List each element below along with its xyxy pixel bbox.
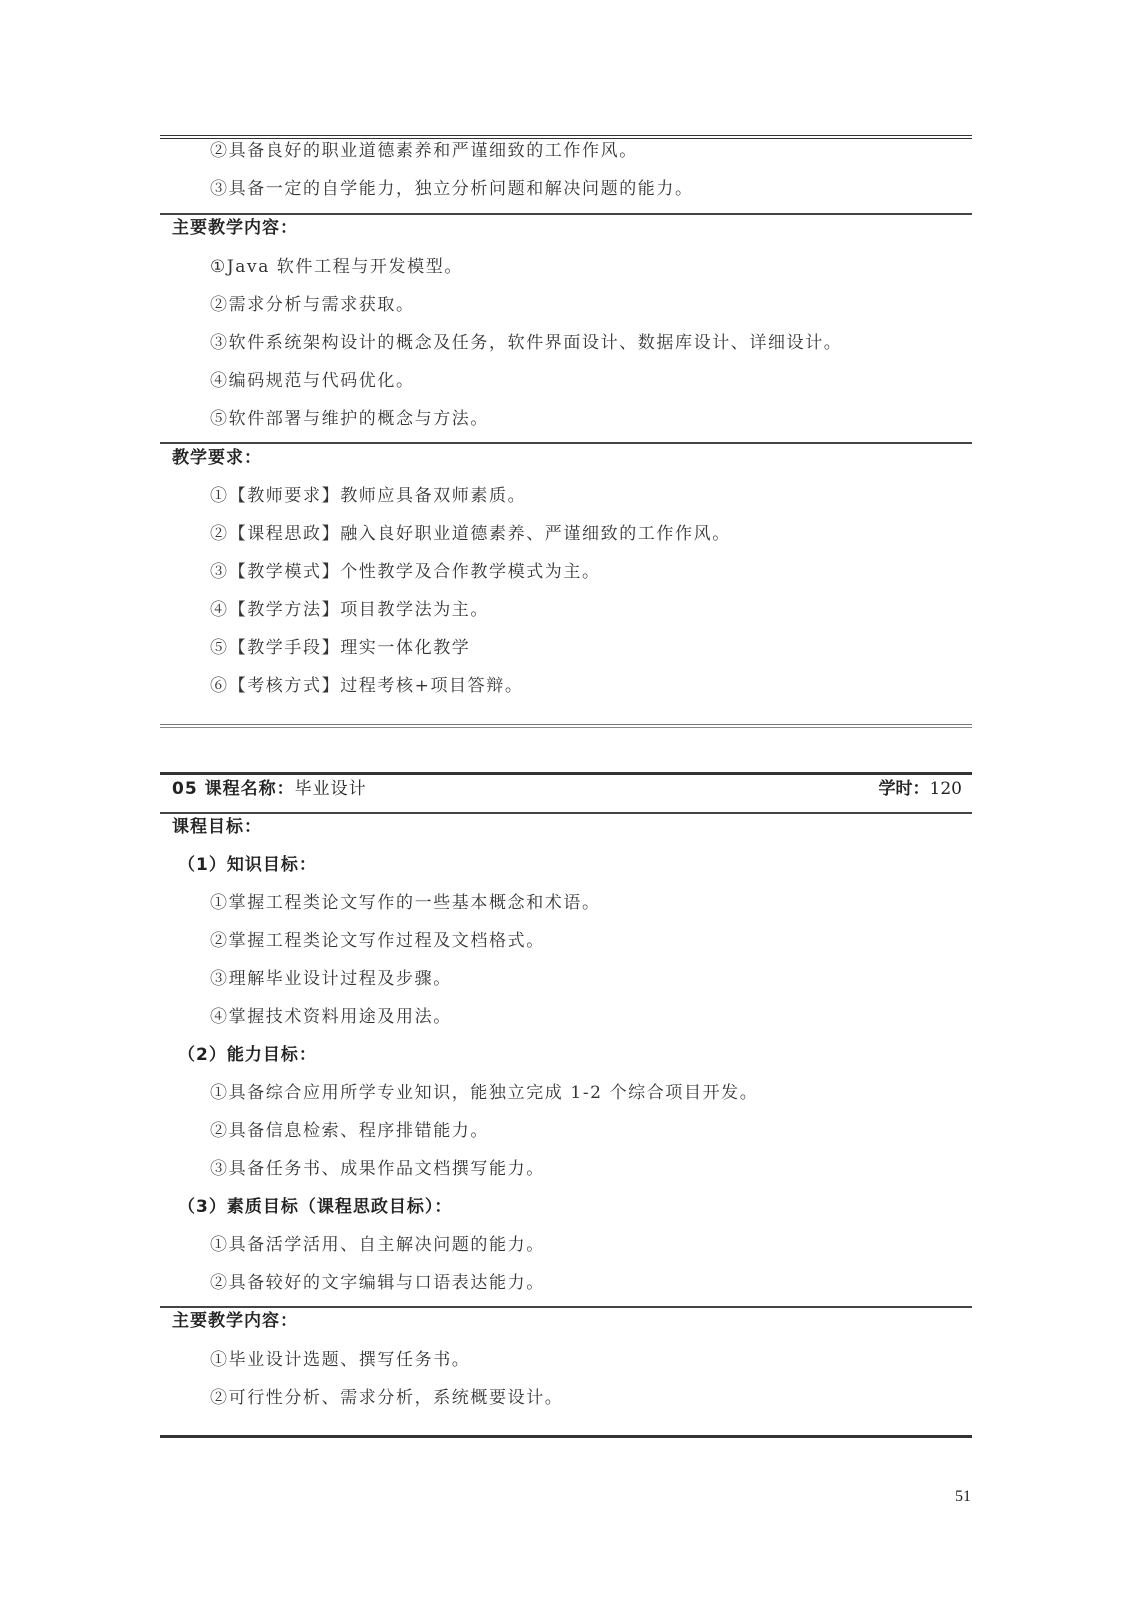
content-item: ⑤软件部署与维护的概念与方法。 [210,408,489,430]
knowledge-item: ①掌握工程类论文写作的一些基本概念和术语。 [210,892,601,914]
hours-value: 120 [930,779,962,799]
requirement-item: ⑥【考核方式】过程考核+项目答辩。 [210,675,523,697]
quality-heading: （3）素质目标（课程思政目标）： [178,1196,452,1218]
quality-item: ②具备较好的文字编辑与口语表达能力。 [210,1272,545,1294]
content-item: ①毕业设计选题、撰写任务书。 [210,1349,470,1371]
ability-heading: （2）能力目标： [178,1044,317,1066]
section-rule [160,812,972,814]
knowledge-item: ④掌握技术资料用途及用法。 [210,1006,452,1028]
table-bottom-thick-rule [160,1435,972,1438]
table-bottom-rule [160,724,972,728]
requirement-item: ②【课程思政】融入良好职业道德素养、严谨细致的工作作风。 [210,523,731,545]
ability-item: ③具备任务书、成果作品文档撰写能力。 [210,1158,545,1180]
knowledge-heading: （1）知识目标： [178,854,317,876]
course-name-label: 课程名称： [205,779,295,799]
page-number: 51 [955,1488,971,1506]
knowledge-item: ②掌握工程类论文写作过程及文档格式。 [210,930,545,952]
content-item: ②可行性分析、需求分析，系统概要设计。 [210,1387,563,1409]
content-item: ③软件系统架构设计的概念及任务，软件界面设计、数据库设计、详细设计。 [210,332,842,354]
course-number: 05 [172,779,198,799]
ability-item: ①具备综合应用所学专业知识，能独立完成 1-2 个综合项目开发。 [210,1082,758,1104]
requirement-item: ①【教师要求】教师应具备双师素质。 [210,485,526,507]
content-item: ④编码规范与代码优化。 [210,370,415,392]
section-rule [160,442,972,444]
requirement-item: ③【教学模式】个性教学及合作教学模式为主。 [210,561,601,583]
quality-goal-item: ③具备一定的自学能力，独立分析问题和解决问题的能力。 [210,178,694,200]
section-rule [160,1306,972,1308]
section-rule [160,213,972,215]
content-heading: 主要教学内容： [172,1310,298,1332]
requirement-item: ④【教学方法】项目教学法为主。 [210,599,489,621]
goals-heading: 课程目标： [172,816,262,838]
knowledge-item: ③理解毕业设计过程及步骤。 [210,968,452,990]
table-top-thick-rule [160,772,972,775]
quality-item: ①具备活学活用、自主解决问题的能力。 [210,1234,545,1256]
requirement-item: ⑤【教学手段】理实一体化教学 [210,637,470,659]
requirements-heading: 教学要求： [172,447,262,469]
table-top-double-rule [160,135,972,139]
content-item: ①Java 软件工程与开发模型。 [210,256,463,278]
content-item: ②需求分析与需求获取。 [210,294,415,316]
course-hours: 学时：120 [879,778,962,800]
document-page: ②具备良好的职业道德素养和严谨细致的工作作风。 ③具备一定的自学能力，独立分析问… [0,0,1131,1600]
course-title: 05 课程名称：毕业设计 [172,778,367,800]
content-heading: 主要教学内容： [172,217,298,239]
hours-label: 学时： [879,779,930,799]
course-name-value: 毕业设计 [295,779,367,799]
quality-goal-item: ②具备良好的职业道德素养和严谨细致的工作作风。 [210,140,638,162]
ability-item: ②具备信息检索、程序排错能力。 [210,1120,489,1142]
